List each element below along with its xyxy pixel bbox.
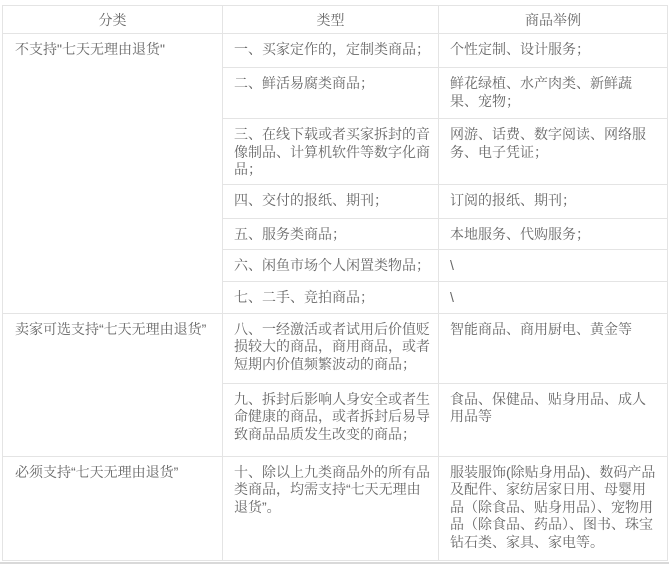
type-cell: 二、鲜活易腐类商品；	[223, 68, 439, 119]
table-row: 不支持"七天无理由退货" 一、买家定作的，定制类商品； 个性定制、设计服务；	[3, 34, 668, 68]
example-cell: 订阅的报纸、期刊；	[439, 184, 668, 218]
header-cell-type: 类型	[223, 6, 439, 34]
page-bottom-divider	[0, 562, 669, 564]
table-row: 卖家可选支持“七天无理由退货” 八、一经激活或者试用后价值贬损较大的商品，商用商…	[3, 313, 668, 383]
type-cell: 三、在线下载或者买家拆封的音像制品、计算机软件等数字化商品；	[223, 119, 439, 185]
example-cell: \	[439, 249, 668, 281]
type-cell: 五、服务类商品；	[223, 218, 439, 249]
category-cell-seller-optional: 卖家可选支持“七天无理由退货”	[3, 313, 223, 456]
type-cell: 一、买家定作的，定制类商品；	[223, 34, 439, 68]
category-cell-not-supported: 不支持"七天无理由退货"	[3, 34, 223, 314]
example-cell: 智能商品、商用厨电、黄金等	[439, 313, 668, 383]
example-cell: 食品、保健品、贴身用品、成人用品等	[439, 383, 668, 456]
type-cell: 六、闲鱼市场个人闲置类物品；	[223, 249, 439, 281]
example-cell: \	[439, 281, 668, 313]
example-cell: 服装服饰(除贴身用品)、数码产品及配件、家纺居家日用、母婴用品（除食品、贴身用品…	[439, 456, 668, 560]
header-cell-example: 商品举例	[439, 6, 668, 34]
type-cell: 九、拆封后影响人身安全或者生命健康的商品，或者拆封后易导致商品品质发生改变的商品…	[223, 383, 439, 456]
type-cell: 七、二手、竞拍商品；	[223, 281, 439, 313]
category-cell-must-support: 必须支持“七天无理由退货”	[3, 456, 223, 560]
type-cell: 八、一经激活或者试用后价值贬损较大的商品，商用商品，或者短期内价值频繁波动的商品…	[223, 313, 439, 383]
example-cell: 本地服务、代购服务；	[439, 218, 668, 249]
example-cell: 鲜花绿植、水产肉类、新鲜蔬果、宠物；	[439, 68, 668, 119]
header-cell-category: 分类	[3, 6, 223, 34]
example-cell: 网游、话费、数字阅读、网络服务、电子凭证；	[439, 119, 668, 185]
table-row: 必须支持“七天无理由退货” 十、除以上九类商品外的所有品类商品，均需支持“七天无…	[3, 456, 668, 560]
type-cell: 四、交付的报纸、期刊；	[223, 184, 439, 218]
return-policy-table: 分类 类型 商品举例 不支持"七天无理由退货" 一、买家定作的，定制类商品； 个…	[2, 5, 668, 561]
table-header-row: 分类 类型 商品举例	[3, 6, 668, 34]
example-cell: 个性定制、设计服务；	[439, 34, 668, 68]
type-cell: 十、除以上九类商品外的所有品类商品，均需支持“七天无理由退货”。	[223, 456, 439, 560]
